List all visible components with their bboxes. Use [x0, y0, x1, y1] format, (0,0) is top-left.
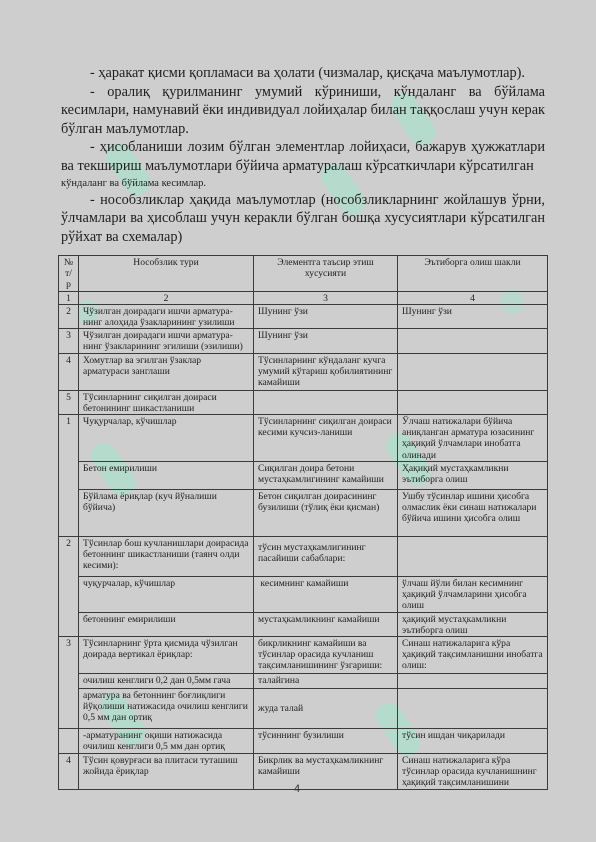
effect: талайгина [254, 674, 398, 689]
effect: Шунинг ўзи [254, 304, 398, 328]
defect-type: очилиш кенглиги 0,2 дан 0,5мм гача [79, 674, 254, 689]
effect: тўсиннинг бузилиши [254, 729, 398, 754]
accounting [398, 390, 548, 414]
column-number-4: 4 [398, 291, 548, 304]
accounting: Синаш натижаларига кўра ҳақиқий тақсимла… [398, 637, 548, 674]
table-row: 5 Тўсинларнинг сиқилган доираси бетонини… [59, 390, 548, 414]
effect [254, 390, 398, 414]
paragraph-1: - ҳаракат қисми қопламаси ва ҳолати (чиз… [61, 64, 545, 83]
accounting: Ушбу тўсинлар ишини ҳисобга олмаслик ёки… [398, 490, 548, 537]
effect: жуда талай [254, 689, 398, 729]
row-number: 3 [59, 637, 79, 729]
effect: тўсин мустаҳкамлигининг пасайиши сабабла… [254, 537, 398, 577]
defect-type: Тўсинларнинг ўрта қисмида чўзилган доира… [79, 637, 254, 674]
table-column-numbers-row: 1 2 3 4 [59, 291, 548, 304]
defects-table: № т/р Нособзлик тури Элементга таъсир эт… [58, 255, 548, 790]
paragraph-3-text: - ҳисобланиши лозим бўлган элементлар ло… [61, 139, 545, 174]
table-row: Бўйлама ёриқлар (куч йўналиши бўйича) Бе… [59, 490, 548, 537]
table-row: очилиш кенглиги 0,2 дан 0,5мм гача талай… [59, 674, 548, 689]
defect-type: Бўйлама ёриқлар (куч йўналиши бўйича) [79, 490, 254, 537]
defect-type: -арматуранинг оқиши натижасида очилиш ке… [79, 729, 254, 754]
defect-type: арматура ва бетоннинг боғлиқлиги йўқолиш… [79, 689, 254, 729]
accounting: Ўлчаш натижалари бўйича аниқланган армат… [398, 415, 548, 462]
accounting: Синаш натижаларига кўра тўсинлар орасида… [398, 754, 548, 790]
defect-type: Тўсинларнинг сиқилган доираси бетонининг… [79, 390, 254, 414]
table-row: чуқурчалар, кўчишлар кесимнинг камайиши … [59, 577, 548, 613]
table-row: Бетон емирилиши Сиқилган доира бетони му… [59, 462, 548, 490]
row-number: 5 [59, 390, 79, 414]
row-number: 4 [59, 754, 79, 790]
column-number-2: 2 [79, 291, 254, 304]
accounting: Шунинг ўзи [398, 304, 548, 328]
effect: Тўсинларнинг кўндаланг кучга умумий кўта… [254, 353, 398, 390]
accounting: ҳақиқий мустаҳкамликни эътиборга олиш [398, 612, 548, 636]
table-row: 3 Тўсинларнинг ўрта қисмида чўзилган дои… [59, 637, 548, 674]
row-number: 3 [59, 329, 79, 353]
header-effect: Элементга таъсир этиш хусусияти [254, 256, 398, 292]
effect: мустаҳкамликнинг камайиши [254, 612, 398, 636]
effect: Тўсинларнинг сиқилган доираси кесими куч… [254, 415, 398, 462]
row-number: 2 [59, 304, 79, 328]
accounting [398, 689, 548, 729]
defect-type: Чўзилган доирадаги ишчи арматура-нинг ўз… [79, 329, 254, 353]
paragraph-4: - нособзликлар ҳақида маълумотлар (нособ… [61, 191, 545, 247]
row-number [59, 729, 79, 754]
effect: Сиқилган доира бетони мустаҳкамлигининг … [254, 462, 398, 490]
table-row: бетоннинг емирилиши мустаҳкамликнинг кам… [59, 612, 548, 636]
row-number: 2 [59, 537, 79, 637]
accounting: ўлчаш йўли билан кесимнинг ҳақиқий ўлчам… [398, 577, 548, 613]
defect-type: Чуқурчалар, кўчишлар [79, 415, 254, 462]
table-row: 4 Хомутлар ва эгилган ўзаклар арматураси… [59, 353, 548, 390]
accounting: тўсин ишдан чиқарилади [398, 729, 548, 754]
defect-type: Тўсин қовурғаси ва плитаси туташиш жойид… [79, 754, 254, 790]
table-header-row: № т/р Нособзлик тури Элементга таъсир эт… [59, 256, 548, 292]
effect: Бикрлик ва мустаҳкамликнинг камайиши [254, 754, 398, 790]
accounting [398, 537, 548, 577]
accounting [398, 329, 548, 353]
defect-type: чуқурчалар, кўчишлар [79, 577, 254, 613]
defect-type: Хомутлар ва эгилган ўзаклар арматураси з… [79, 353, 254, 390]
column-number-3: 3 [254, 291, 398, 304]
table-row: 1 Чуқурчалар, кўчишлар Тўсинларнинг сиқи… [59, 415, 548, 462]
row-number: 1 [59, 415, 79, 537]
table-row: 2 Тўсинлар бош кучланишлари доирасида бе… [59, 537, 548, 577]
effect: кесимнинг камайиши [254, 577, 398, 613]
paragraph-3-tail: кўндаланг ва бўйлама кесимлар. [61, 176, 545, 191]
paragraph-3-tail-text: кўндаланг ва бўйлама кесимлар. [61, 178, 206, 189]
row-number: 4 [59, 353, 79, 390]
accounting [398, 674, 548, 689]
table-row: 2 Чўзилган доирадаги ишчи арматура-нинг … [59, 304, 548, 328]
defect-type: бетоннинг емирилиши [79, 612, 254, 636]
column-number-1: 1 [59, 291, 79, 304]
effect: Шунинг ўзи [254, 329, 398, 353]
table-row: арматура ва бетоннинг боғлиқлиги йўқолиш… [59, 689, 548, 729]
defect-type: Чўзилган доирадаги ишчи арматура-нинг ал… [79, 304, 254, 328]
header-accounting: Эътиборга олиш шакли [398, 256, 548, 292]
defect-type: Бетон емирилиши [79, 462, 254, 490]
accounting: Ҳақиқий мустаҳкамликни эътиборга олиш [398, 462, 548, 490]
defect-type: Тўсинлар бош кучланишлари доирасида бето… [79, 537, 254, 577]
table-row: 4 Тўсин қовурғаси ва плитаси туташиш жой… [59, 754, 548, 790]
intro-paragraphs: - ҳаракат қисми қопламаси ва ҳолати (чиз… [61, 64, 545, 246]
page-number: 4 [294, 783, 300, 795]
paragraph-2: - оралиқ қурилманинг умумий кўриниши, кў… [61, 83, 545, 139]
paragraph-3: - ҳисобланиши лозим бўлган элементлар ло… [61, 138, 545, 175]
effect: Бетон сиқилган доирасининг бузилиши (тўл… [254, 490, 398, 537]
header-defect-type: Нособзлик тури [79, 256, 254, 292]
table-row: 3 Чўзилган доирадаги ишчи арматура-нинг … [59, 329, 548, 353]
header-number: № т/р [59, 256, 79, 292]
accounting [398, 353, 548, 390]
effect: бикрликнинг камайиши ва тўсинлар орасида… [254, 637, 398, 674]
table-row: -арматуранинг оқиши натижасида очилиш ке… [59, 729, 548, 754]
